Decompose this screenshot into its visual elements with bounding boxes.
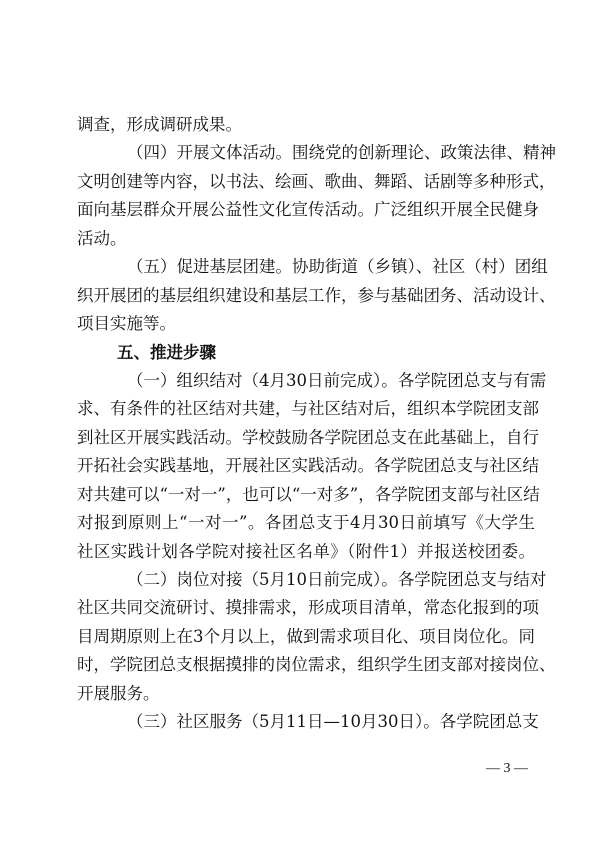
step-two-line: （二）岗位对接（5月10日前完成）。各学院团总支与结对	[77, 566, 535, 594]
document-body: 调查，形成调研成果。 （四）开展文体活动。围绕党的创新理论、政策法律、精神 文明…	[77, 111, 535, 737]
paragraph-line: 开展服务。	[77, 680, 535, 708]
section-four-line: （四）开展文体活动。围绕党的创新理论、政策法律、精神	[77, 139, 535, 167]
paragraph-line: 活动。	[77, 225, 535, 253]
paragraph-line: 织开展团的基层组织建设和基层工作，参与基础团务、活动设计、	[77, 282, 535, 310]
paragraph-line: 求、有条件的社区结对共建，与社区结对后，组织本学院团支部	[77, 395, 535, 423]
paragraph-line: 时，学院团总支根据摸排的岗位需求，组织学生团支部对接岗位、	[77, 651, 535, 679]
step-three-line: （三）社区服务（5月11日—10月30日）。各学院团总支	[77, 708, 535, 736]
section-five-line: （五）促进基层团建。协助街道（乡镇）、社区（村）团组	[77, 253, 535, 281]
paragraph-line: 对报到原则上“一对一”。各团总支于4月30日前填写《大学生	[77, 509, 535, 537]
paragraph-line: 文明创建等内容，以书法、绘画、歌曲、舞蹈、话剧等多种形式，	[77, 168, 535, 196]
paragraph-line: 社区共同交流研讨、摸排需求，形成项目清单，常态化报到的项	[77, 594, 535, 622]
section-heading: 五、推进步骤	[77, 339, 535, 367]
paragraph-line: 目周期原则上在3个月以上，做到需求项目化、项目岗位化。同	[77, 623, 535, 651]
page-number: — 3 —	[486, 761, 528, 777]
paragraph-line: 到社区开展实践活动。学校鼓励各学院团总支在此基础上，自行	[77, 424, 535, 452]
paragraph-line: 社区实践计划各学院对接社区名单》（附件1）并报送校团委。	[77, 538, 535, 566]
paragraph-line: 面向基层群众开展公益性文化宣传活动。广泛组织开展全民健身	[77, 196, 535, 224]
paragraph-line: 对共建可以“一对一”，也可以“一对多”，各学院团支部与社区结	[77, 481, 535, 509]
step-one-line: （一）组织结对（4月30日前完成）。各学院团总支与有需	[77, 367, 535, 395]
paragraph-line: 调查，形成调研成果。	[77, 111, 535, 139]
paragraph-line: 开拓社会实践基地，开展社区实践活动。各学院团总支与社区结	[77, 452, 535, 480]
paragraph-line: 项目实施等。	[77, 310, 535, 338]
